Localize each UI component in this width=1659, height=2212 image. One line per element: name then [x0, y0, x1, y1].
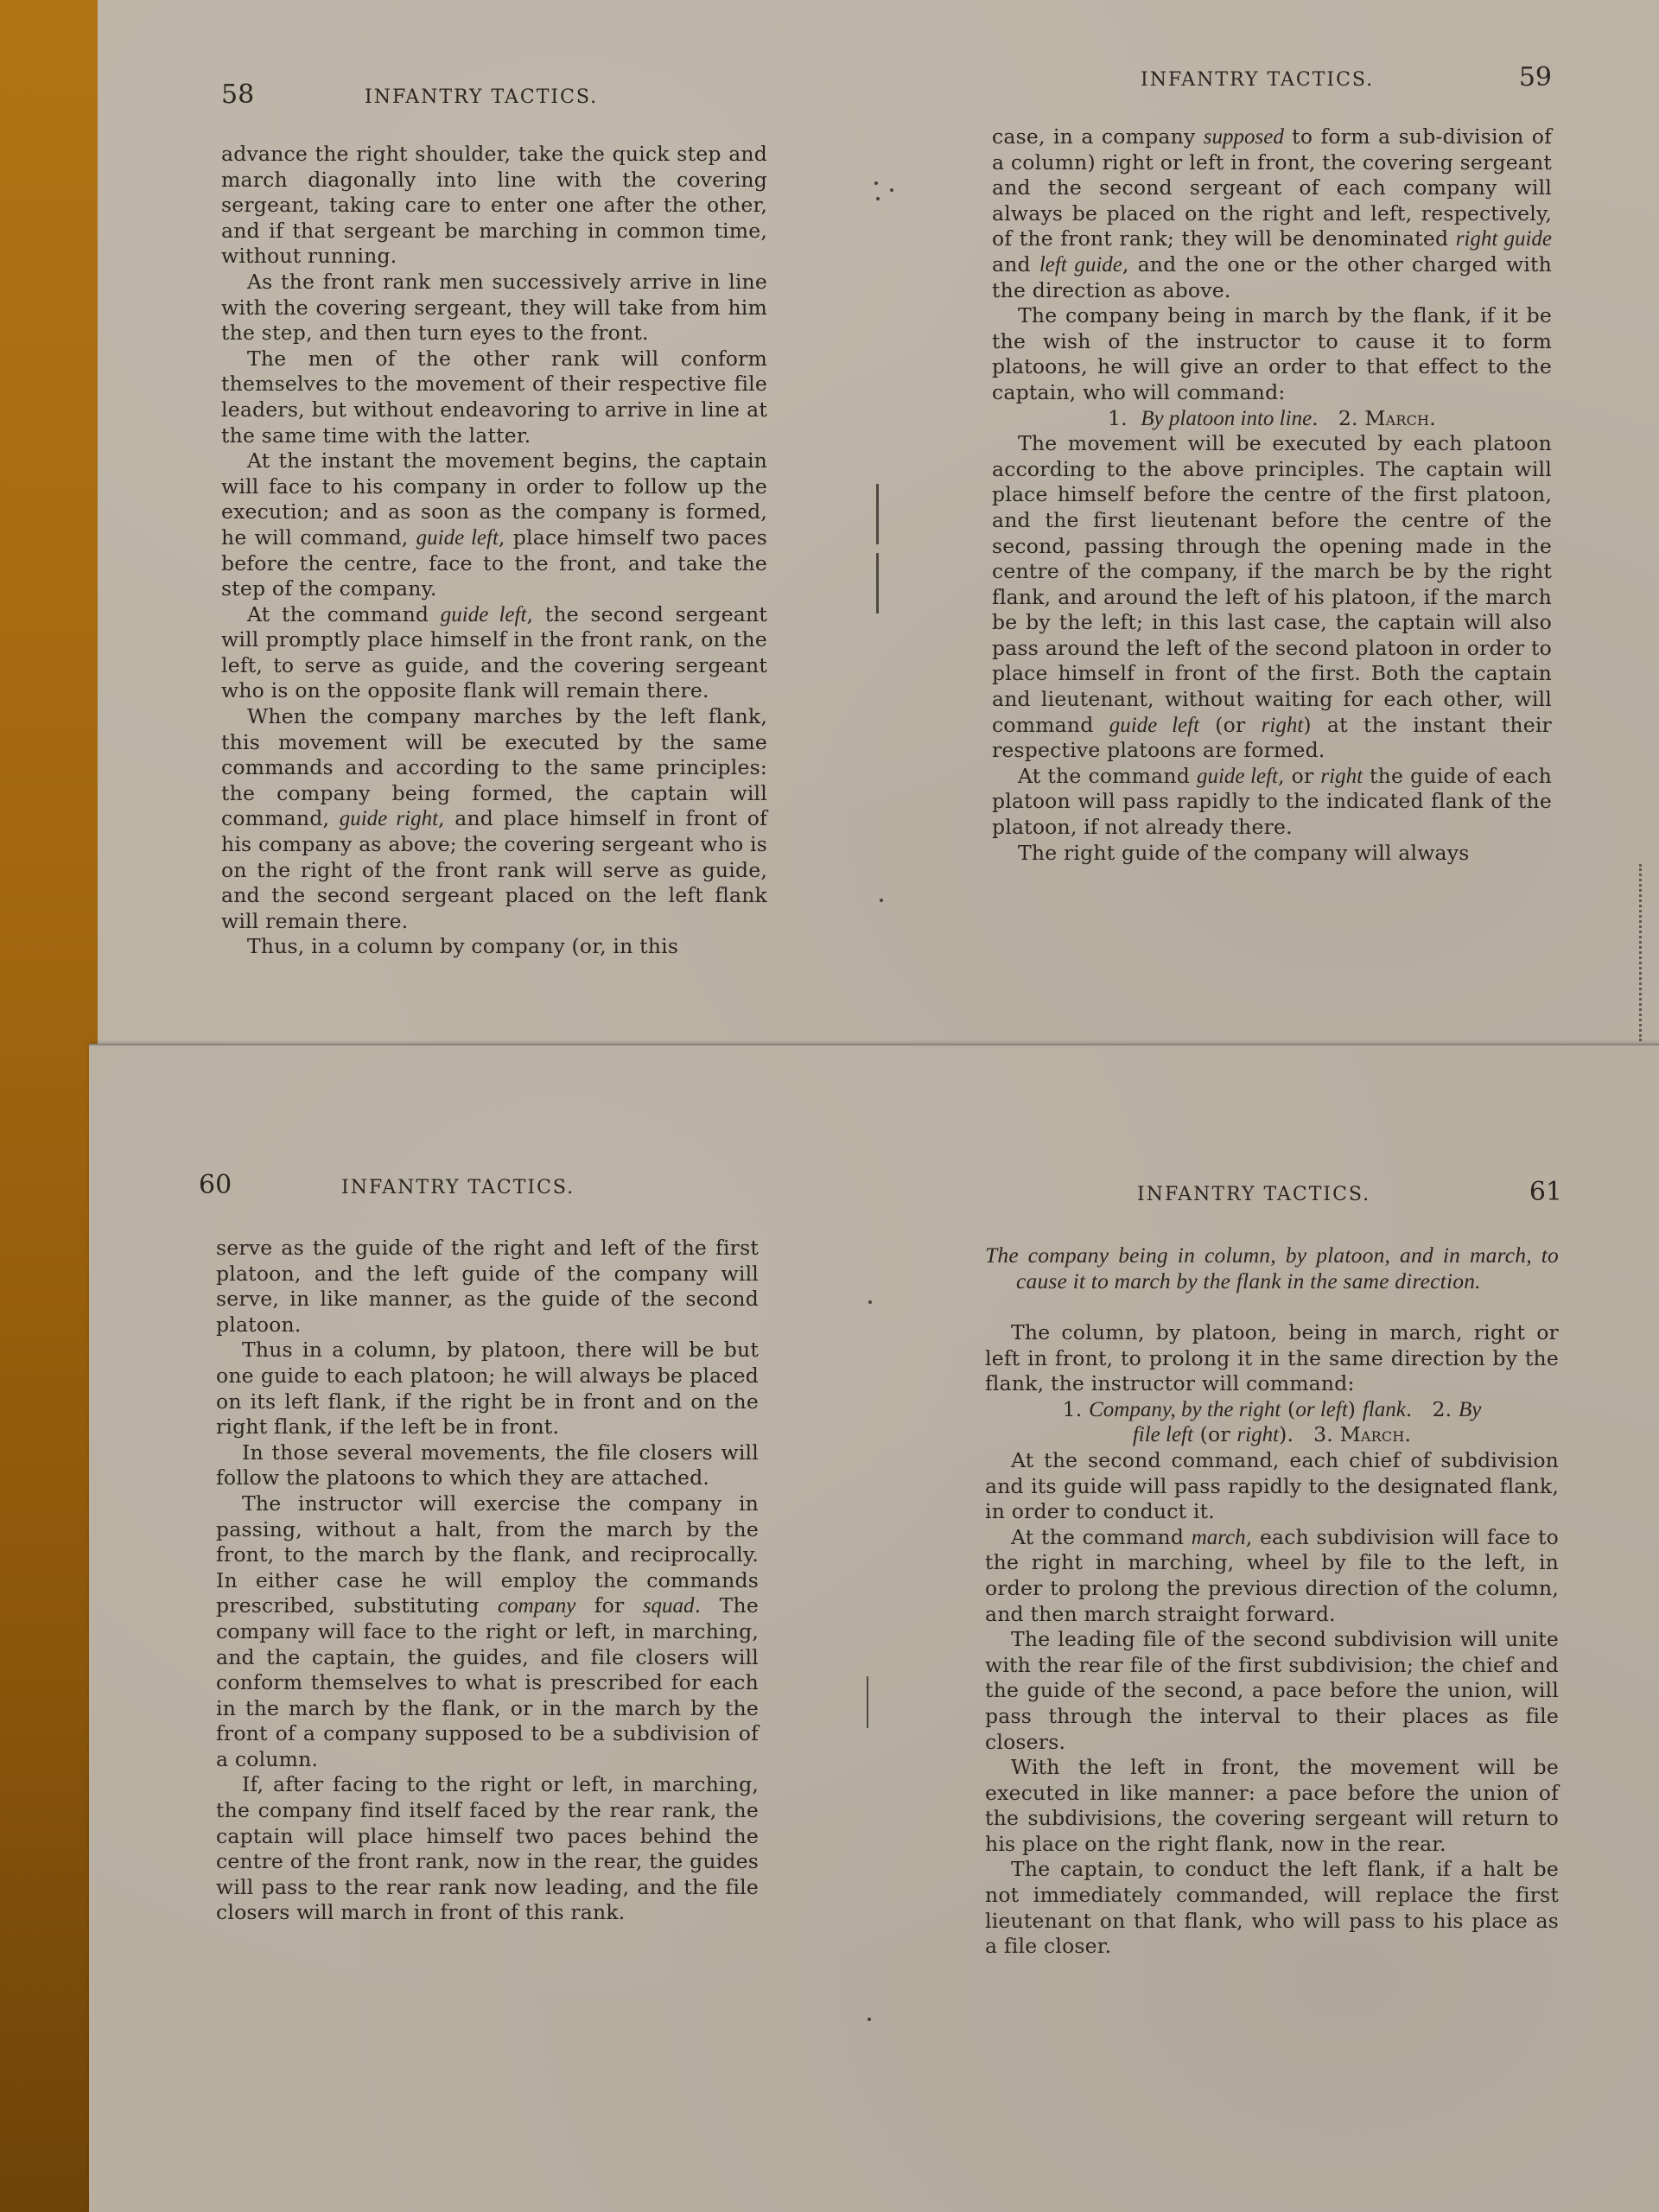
running-head-title: INFANTRY TACTICS. [1141, 69, 1374, 91]
paragraph: The men of the other rank will conform t… [221, 346, 767, 448]
drill-command: 1. By platoon into line. 2. March. [992, 406, 1552, 432]
running-head: 60 INFANTRY TACTICS. [216, 1177, 759, 1211]
paragraph: The leading file of the second subdivisi… [985, 1627, 1559, 1755]
paragraph: The instructor will exercise the company… [216, 1491, 759, 1773]
page-body: The company being in column, by platoon,… [985, 1243, 1559, 1960]
page-number: 61 [1529, 1177, 1562, 1207]
paragraph: At the instant the movement begins, the … [221, 448, 767, 602]
running-head-title: INFANTRY TACTICS. [341, 1177, 575, 1198]
paragraph: In those several movements, the file clo… [216, 1440, 759, 1491]
gutter-speck [876, 197, 880, 200]
paragraph: At the command guide left, or right the … [992, 764, 1552, 841]
page-body: advance the right shoulder, take the qui… [221, 142, 767, 960]
paragraph: The movement will be executed by each pl… [992, 431, 1552, 764]
paragraph: If, after facing to the right or left, i… [216, 1772, 759, 1926]
running-head-title: INFANTRY TACTICS. [1137, 1184, 1370, 1205]
gutter-speck [874, 181, 878, 185]
running-head-title: INFANTRY TACTICS. [365, 86, 598, 108]
paragraph: With the left in front, the movement wil… [985, 1755, 1559, 1857]
paragraph: advance the right shoulder, take the qui… [221, 142, 767, 270]
page-number: 59 [1519, 62, 1552, 92]
running-head: INFANTRY TACTICS. 59 [992, 69, 1552, 104]
gutter-speck [868, 1300, 872, 1304]
gutter-speck [880, 899, 883, 902]
paragraph: The column, by platoon, being in march, … [985, 1320, 1559, 1397]
paragraph: As the front rank men successively arriv… [221, 270, 767, 346]
drill-command: 1. Company, by the right (or left) flank… [985, 1397, 1559, 1448]
page-body: serve as the guide of the right and left… [216, 1236, 759, 1926]
paragraph: At the command guide left, the second se… [221, 602, 767, 704]
edge-dotted-line [1639, 864, 1642, 1041]
gutter-speck [868, 2018, 871, 2021]
paragraph: When the company marches by the left fla… [221, 704, 767, 934]
paragraph: serve as the guide of the right and left… [216, 1236, 759, 1338]
paragraph: Thus in a column, by platoon, there will… [216, 1338, 759, 1440]
page-number: 60 [199, 1170, 232, 1200]
page-number: 58 [221, 79, 254, 110]
paragraph: The captain, to conduct the left flank, … [985, 1857, 1559, 1959]
running-head: INFANTRY TACTICS. 61 [985, 1184, 1559, 1218]
running-head: 58 INFANTRY TACTICS. [221, 86, 767, 121]
gutter-line-mark [876, 484, 879, 544]
section-heading: The company being in column, by platoon,… [985, 1243, 1559, 1294]
gutter-speck [890, 188, 893, 192]
paragraph: At the second command, each chief of sub… [985, 1448, 1559, 1525]
paragraph: case, in a company supposed to form a su… [992, 124, 1552, 303]
gutter-line-mark [867, 1676, 868, 1728]
paragraph: Thus, in a column by company (or, in thi… [221, 934, 767, 960]
paragraph: The right guide of the company will alwa… [992, 841, 1552, 867]
paragraph: The company being in march by the flank,… [992, 303, 1552, 405]
paragraph: At the command march, each subdivision w… [985, 1525, 1559, 1627]
gutter-line-mark [876, 553, 879, 613]
page-body: case, in a company supposed to form a su… [992, 124, 1552, 866]
